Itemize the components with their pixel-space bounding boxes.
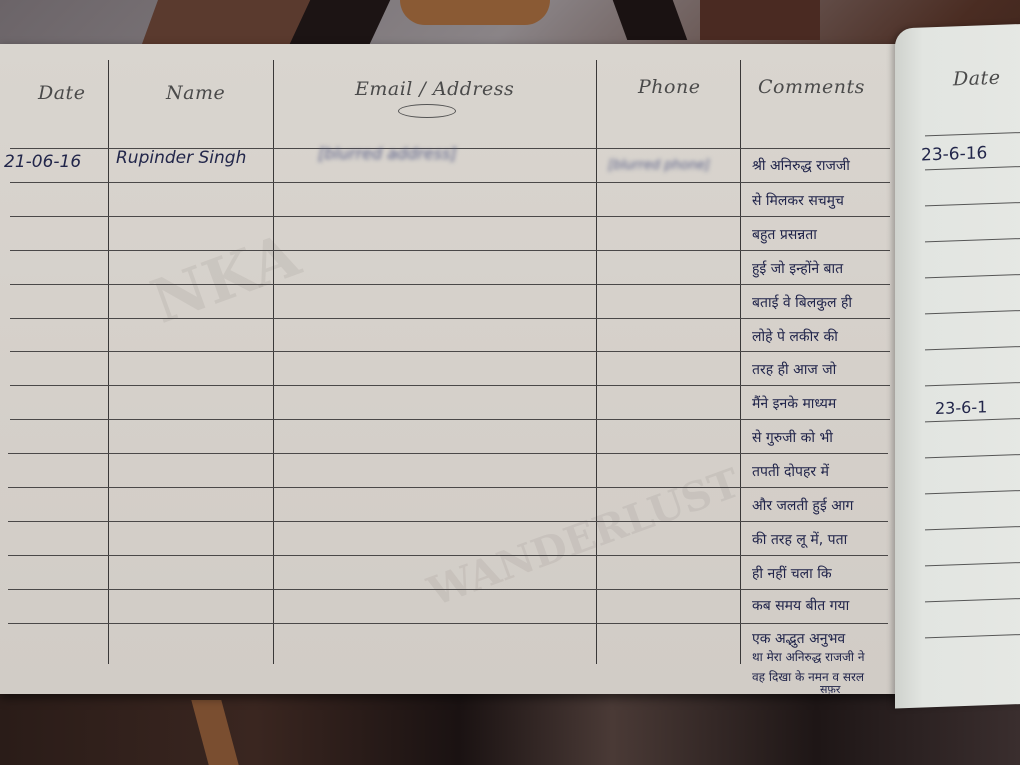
watermark-text: WANDERLUST bbox=[422, 459, 746, 615]
entry-date: 21-06-16 bbox=[4, 152, 81, 172]
column-divider bbox=[740, 60, 741, 664]
row-line bbox=[925, 166, 1020, 171]
comment-line: वह दिखा के नमन व सरल bbox=[752, 668, 864, 685]
row-line bbox=[8, 555, 888, 556]
row-line bbox=[10, 182, 890, 183]
row-line bbox=[925, 202, 1020, 207]
row-line bbox=[925, 346, 1020, 351]
column-divider bbox=[108, 60, 109, 664]
comment-line: से मिलकर सचमुच bbox=[752, 191, 844, 210]
row-line bbox=[925, 598, 1020, 603]
fabric-stripe-tan bbox=[400, 0, 550, 25]
header-email-address: Email / Address bbox=[355, 78, 514, 100]
row-line bbox=[10, 351, 890, 352]
fabric-stripe-dark2 bbox=[613, 0, 688, 40]
header-comments: Comments bbox=[758, 76, 865, 98]
entry-name: Rupinder Singh bbox=[116, 148, 246, 168]
comment-line: तरह ही आज जो bbox=[752, 360, 836, 379]
column-divider bbox=[596, 60, 597, 664]
row-line bbox=[8, 453, 888, 454]
watermark-text: NKA bbox=[143, 220, 309, 337]
comment-line: बहुत प्रसन्नता bbox=[752, 225, 817, 244]
entry-address-redacted: [blurred address] bbox=[318, 144, 457, 163]
row-line bbox=[10, 419, 890, 420]
row-line bbox=[925, 526, 1020, 531]
header-date: Date bbox=[38, 82, 85, 104]
comment-line: श्री अनिरुद्ध राजजी bbox=[752, 156, 850, 175]
row-line bbox=[925, 454, 1020, 459]
row-line bbox=[925, 238, 1020, 243]
row-line bbox=[8, 623, 888, 624]
comment-line: एक अद्भुत अनुभव bbox=[752, 629, 845, 648]
comment-line: तपती दोपहर में bbox=[752, 462, 829, 481]
comment-line: था मेरा अनिरुद्ध राजजी ने bbox=[752, 648, 865, 665]
comment-line: मैंने इनके माध्यम bbox=[752, 394, 836, 413]
right-date-1: 23-6-16 bbox=[921, 143, 987, 165]
column-divider bbox=[273, 60, 274, 664]
guestbook-right-page: Date 23-6-16 23-6-1 bbox=[895, 24, 1020, 709]
header-name: Name bbox=[166, 82, 225, 104]
row-line bbox=[925, 490, 1020, 495]
row-line bbox=[925, 634, 1020, 639]
row-line bbox=[8, 589, 888, 590]
row-line bbox=[10, 284, 890, 285]
row-line bbox=[10, 216, 890, 217]
comment-line: लोहे पे लकीर की bbox=[752, 327, 838, 346]
guestbook-left-page: NKA WANDERLUST Date Name Email / Address… bbox=[0, 44, 905, 694]
row-line bbox=[925, 274, 1020, 279]
row-line bbox=[10, 385, 890, 386]
comment-line: कब समय बीत गया bbox=[752, 596, 849, 615]
header-phone: Phone bbox=[638, 76, 700, 98]
comment-line: सफ़र bbox=[820, 682, 840, 694]
row-line bbox=[925, 418, 1020, 423]
comment-line: और जलती हुई आग bbox=[752, 496, 853, 515]
row-line bbox=[925, 132, 1020, 137]
row-line bbox=[8, 521, 888, 522]
comment-line: बताई वे बिलकुल ही bbox=[752, 293, 852, 312]
row-line bbox=[925, 310, 1020, 315]
row-line bbox=[925, 382, 1020, 387]
row-line bbox=[10, 318, 890, 319]
comment-line: हुई जो इन्होंने बात bbox=[752, 259, 843, 278]
fabric-stripe-brown2 bbox=[700, 0, 820, 40]
flourish-ornament bbox=[398, 104, 456, 118]
row-line bbox=[8, 487, 888, 488]
right-date-2: 23-6-1 bbox=[935, 397, 987, 418]
comment-line: ही नहीं चला कि bbox=[752, 564, 832, 583]
comment-line: से गुरुजी को भी bbox=[752, 428, 833, 447]
row-line bbox=[925, 562, 1020, 567]
entry-phone-redacted: [blurred phone] bbox=[608, 158, 710, 173]
fabric-stripe-bottom-dark bbox=[0, 690, 1020, 765]
comment-line: की तरह लू में, पता bbox=[752, 530, 847, 549]
right-header-date: Date bbox=[953, 67, 1000, 91]
row-line bbox=[10, 250, 890, 251]
